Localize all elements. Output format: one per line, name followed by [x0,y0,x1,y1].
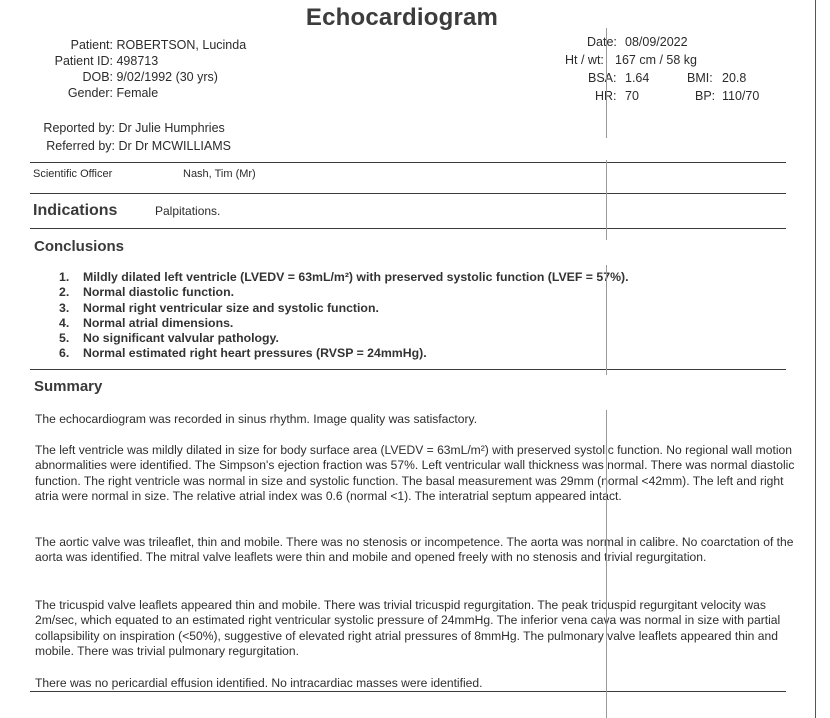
dob-label: DOB: [0,69,113,85]
conclusion-item: 4.Normal atrial dimensions. [46,316,629,331]
conclusion-text: Normal diastolic function. [83,285,234,299]
date-value: 08/09/2022 [625,35,688,49]
indications-value: Palpitations. [155,204,220,218]
conclusion-number: 4. [46,316,83,331]
conclusion-item: 2.Normal diastolic function. [46,285,629,300]
indications-heading: Indications [33,202,117,220]
patient-id-label: Patient ID: [0,53,113,69]
scientific-officer-value: Nash, Tim (Mr) [183,168,256,180]
referral-details: Reported by: Dr Julie Humphries Referred… [0,119,231,155]
referred-by-value: Dr Dr MCWILLIAMS [118,139,231,153]
conclusion-item: 3.Normal right ventricular size and syst… [46,301,629,316]
report-title: Echocardiogram [0,4,830,32]
bsa-label: BSA: [588,71,617,85]
summary-paragraph: There was no pericardial effusion identi… [35,676,795,691]
summary-paragraph: The left ventricle was mildly dilated in… [35,443,795,505]
referred-by-row: Referred by: Dr Dr MCWILLIAMS [0,137,231,155]
summary-heading: Summary [34,378,102,395]
bmi-label: BMI: [687,71,713,85]
conclusion-item: 6.Normal estimated right heart pressures… [46,346,629,361]
conclusion-number: 1. [46,270,83,285]
page-edge [815,0,816,718]
conclusion-text: Normal estimated right heart pressures (… [83,346,427,360]
conclusion-text: No significant valvular pathology. [83,331,279,345]
gender-row: Gender: Female [0,85,246,101]
patient-id-row: Patient ID: 498713 [0,53,246,69]
conclusion-text: Normal right ventricular size and systol… [83,301,379,315]
divider [30,369,786,370]
conclusion-item: 1.Mildly dilated left ventricle (LVEDV =… [46,270,629,285]
scan-fold-line [606,160,607,240]
conclusion-text: Mildly dilated left ventricle (LVEDV = 6… [83,270,629,284]
scientific-officer-label: Scientific Officer [33,168,112,180]
divider [30,228,786,229]
bmi-value: 20.8 [722,71,746,85]
patient-details: Patient: ROBERTSON, Lucinda Patient ID: … [0,37,246,101]
height-weight-label: Ht / wt: [565,53,604,67]
divider [30,193,786,194]
conclusion-text: Normal atrial dimensions. [83,316,233,330]
scan-fold-line [606,28,607,138]
conclusion-number: 3. [46,301,83,316]
patient-name-row: Patient: ROBERTSON, Lucinda [0,37,246,53]
scan-fold-line [606,265,607,375]
patient-name-label: Patient: [0,37,113,53]
reported-by-label: Reported by: [0,119,115,137]
gender-label: Gender: [0,85,113,101]
conclusions-list: 1.Mildly dilated left ventricle (LVEDV =… [46,270,629,362]
report-title-text: Echocardiogram [306,4,498,31]
patient-id: 498713 [116,54,158,68]
dob-row: DOB: 9/02/1992 (30 yrs) [0,69,246,85]
bp-value: 110/70 [722,89,759,103]
summary-paragraph: The aortic valve was trileaflet, thin an… [35,535,795,566]
reported-by-row: Reported by: Dr Julie Humphries [0,119,231,137]
conclusion-item: 5.No significant valvular pathology. [46,331,629,346]
height-weight-value: 167 cm / 58 kg [615,53,697,67]
summary-paragraph: The echocardiogram was recorded in sinus… [35,412,795,427]
bp-label: BP: [695,89,715,103]
summary-paragraph: The tricuspid valve leaflets appeared th… [35,598,795,660]
scan-fold-line [606,410,607,718]
referred-by-label: Referred by: [0,137,115,155]
conclusion-number: 5. [46,331,83,346]
conclusions-heading: Conclusions [34,238,124,255]
divider [30,162,786,163]
conclusion-number: 6. [46,346,83,361]
patient-name: ROBERTSON, Lucinda [116,38,246,52]
dob-value: 9/02/1992 (30 yrs) [116,70,217,84]
bsa-value: 1.64 [625,71,649,85]
conclusion-number: 2. [46,285,83,300]
hr-value: 70 [625,89,639,103]
date-label: Date: [587,35,617,49]
reported-by-value: Dr Julie Humphries [118,121,224,135]
divider [30,691,786,692]
gender-value: Female [116,86,158,100]
